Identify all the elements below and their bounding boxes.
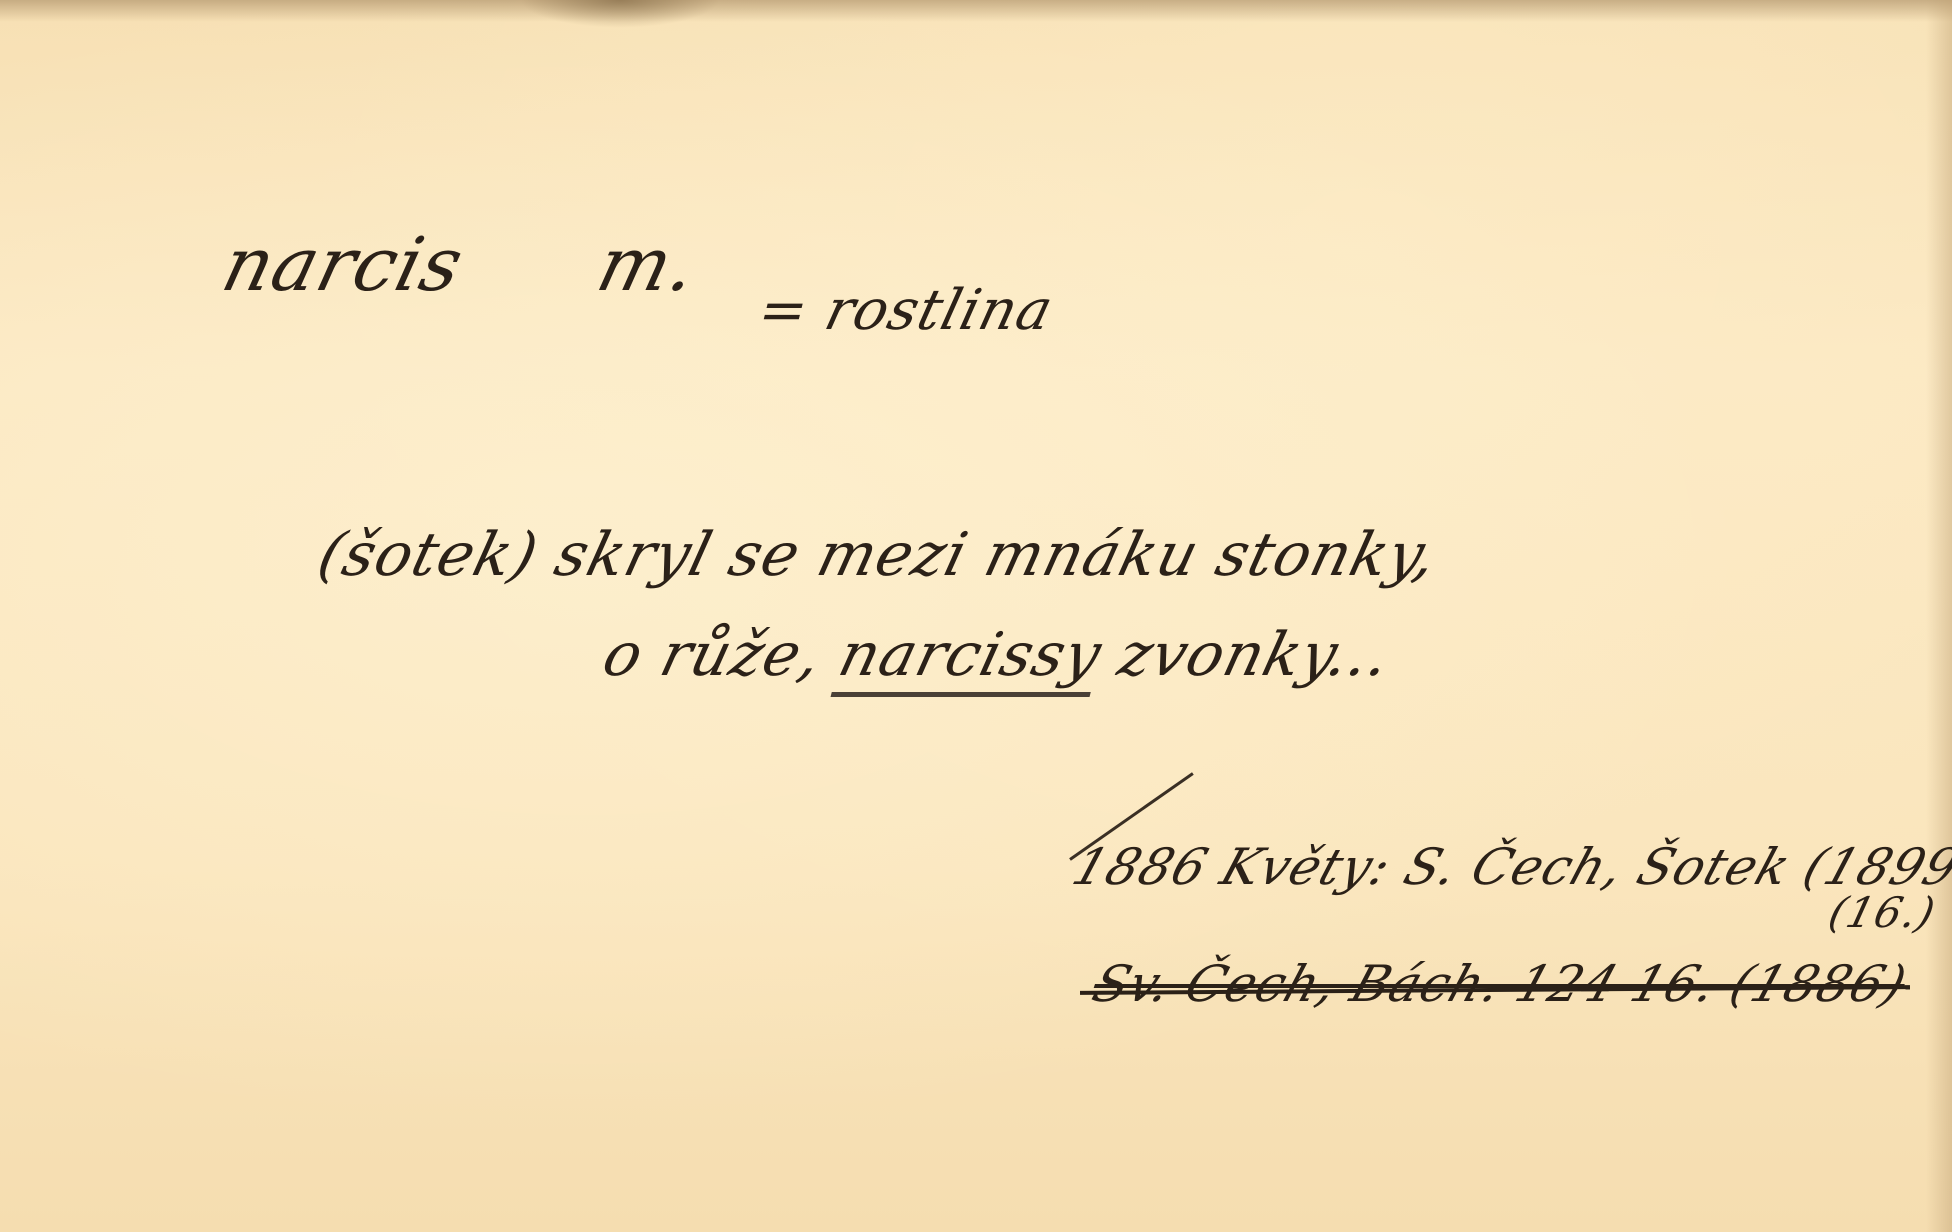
example-line-2-prefix: o růže, bbox=[596, 620, 829, 690]
struck-citation: Sv. Čech, Bách. 124 16. (1886) bbox=[1086, 955, 1915, 1013]
example-line-2: o růže, narcissy zvonky... bbox=[596, 620, 1397, 690]
headword: narcis bbox=[214, 222, 472, 308]
scan-top-shadow bbox=[0, 0, 1952, 22]
definition: = rostlina bbox=[752, 278, 1060, 343]
scan-blot bbox=[520, 0, 720, 28]
scan-right-edge bbox=[1926, 0, 1952, 1232]
paper-background bbox=[0, 0, 1952, 1232]
citation-subnote: (16.) bbox=[1824, 888, 1941, 937]
example-line-1: (šotek) skryl se mezi mnáku stonky, bbox=[311, 520, 1444, 590]
example-underlined-word: narcissy bbox=[830, 620, 1109, 697]
citation: 1886 Květy: S. Čech, Šotek (1899 Sp. 4.1… bbox=[1066, 838, 1952, 896]
example-line-2-suffix: zvonky... bbox=[1112, 620, 1398, 690]
